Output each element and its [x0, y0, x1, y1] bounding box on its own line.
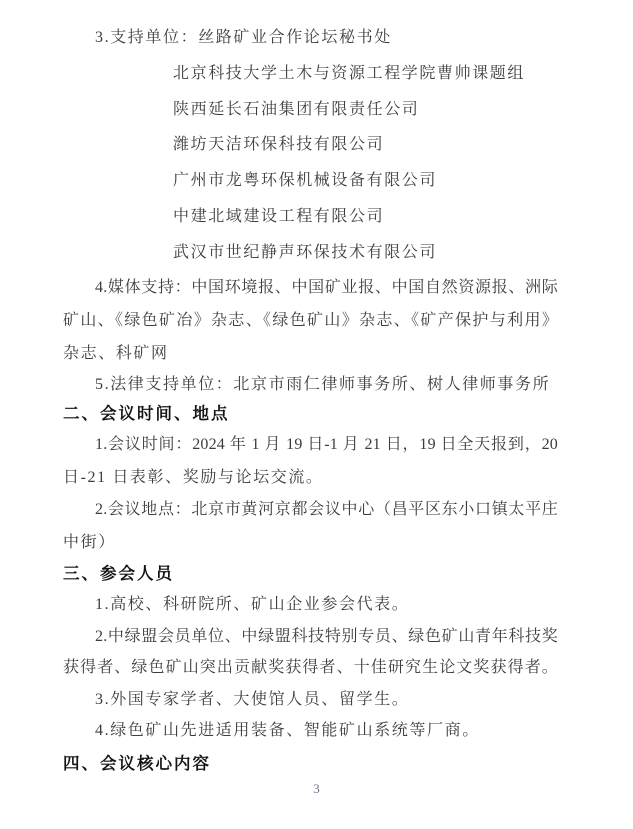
page-number: 3 — [0, 781, 633, 797]
participants-item-2-line-1: 2.中绿盟会员单位、中绿盟科技特别专员、绿色矿山青年科技奖 — [63, 621, 558, 653]
participants-item-2-line-2: 获得者、绿色矿山突出贡献奖获得者、十佳研究生论文奖获得者。 — [63, 652, 558, 684]
support-unit-name: 北京科技大学土木与资源工程学院曹帅课题组 — [63, 56, 558, 92]
meeting-place-line-1: 2.会议地点：北京市黄河京都会议中心（昌平区东小口镇太平庄 — [63, 494, 558, 527]
document-page: 3.支持单位：丝路矿业合作论坛秘书处 北京科技大学土木与资源工程学院曹帅课题组 … — [0, 0, 633, 829]
support-unit-name: 陕西延长石油集团有限责任公司 — [63, 92, 558, 128]
meeting-place-line-2: 中街） — [63, 527, 558, 560]
support-unit-name: 广州市龙粤环保机械设备有限公司 — [63, 163, 558, 199]
support-unit-name: 武汉市世纪静声环保技术有限公司 — [63, 235, 558, 271]
media-support-line-2: 矿山、《绿色矿冶》杂志、《绿色矿山》杂志、《矿产保护与利用》 — [63, 304, 558, 337]
media-support-line-3: 杂志、科矿网 — [63, 337, 558, 370]
support-units-item: 3.支持单位：丝路矿业合作论坛秘书处 — [63, 20, 558, 56]
document-body: 3.支持单位：丝路矿业合作论坛秘书处 北京科技大学土木与资源工程学院曹帅课题组 … — [0, 0, 633, 779]
section-heading-core-content: 四、会议核心内容 — [63, 749, 558, 779]
section-heading-meeting-time-place: 二、会议时间、地点 — [63, 399, 558, 429]
meeting-time-line-2: 日-21 日表彰、奖励与论坛交流。 — [63, 462, 558, 495]
support-unit-name: 潍坊天洁环保科技有限公司 — [63, 127, 558, 163]
section-heading-participants: 三、参会人员 — [63, 559, 558, 589]
participants-item-1: 1.高校、科研院所、矿山企业参会代表。 — [63, 589, 558, 621]
support-unit-name: 中建北域建设工程有限公司 — [63, 199, 558, 235]
legal-support-item: 5.法律支持单位：北京市雨仁律师事务所、树人律师事务所 — [63, 370, 558, 400]
participants-item-3: 3.外国专家学者、大使馆人员、留学生。 — [63, 684, 558, 716]
media-support-line-1: 4.媒体支持：中国环境报、中国矿业报、中国自然资源报、洲际 — [63, 271, 558, 304]
meeting-time-line-1: 1.会议时间：2024 年 1 月 19 日-1 月 21 日，19 日全天报到… — [63, 429, 558, 462]
participants-item-4: 4.绿色矿山先进适用装备、智能矿山系统等厂商。 — [63, 715, 558, 747]
